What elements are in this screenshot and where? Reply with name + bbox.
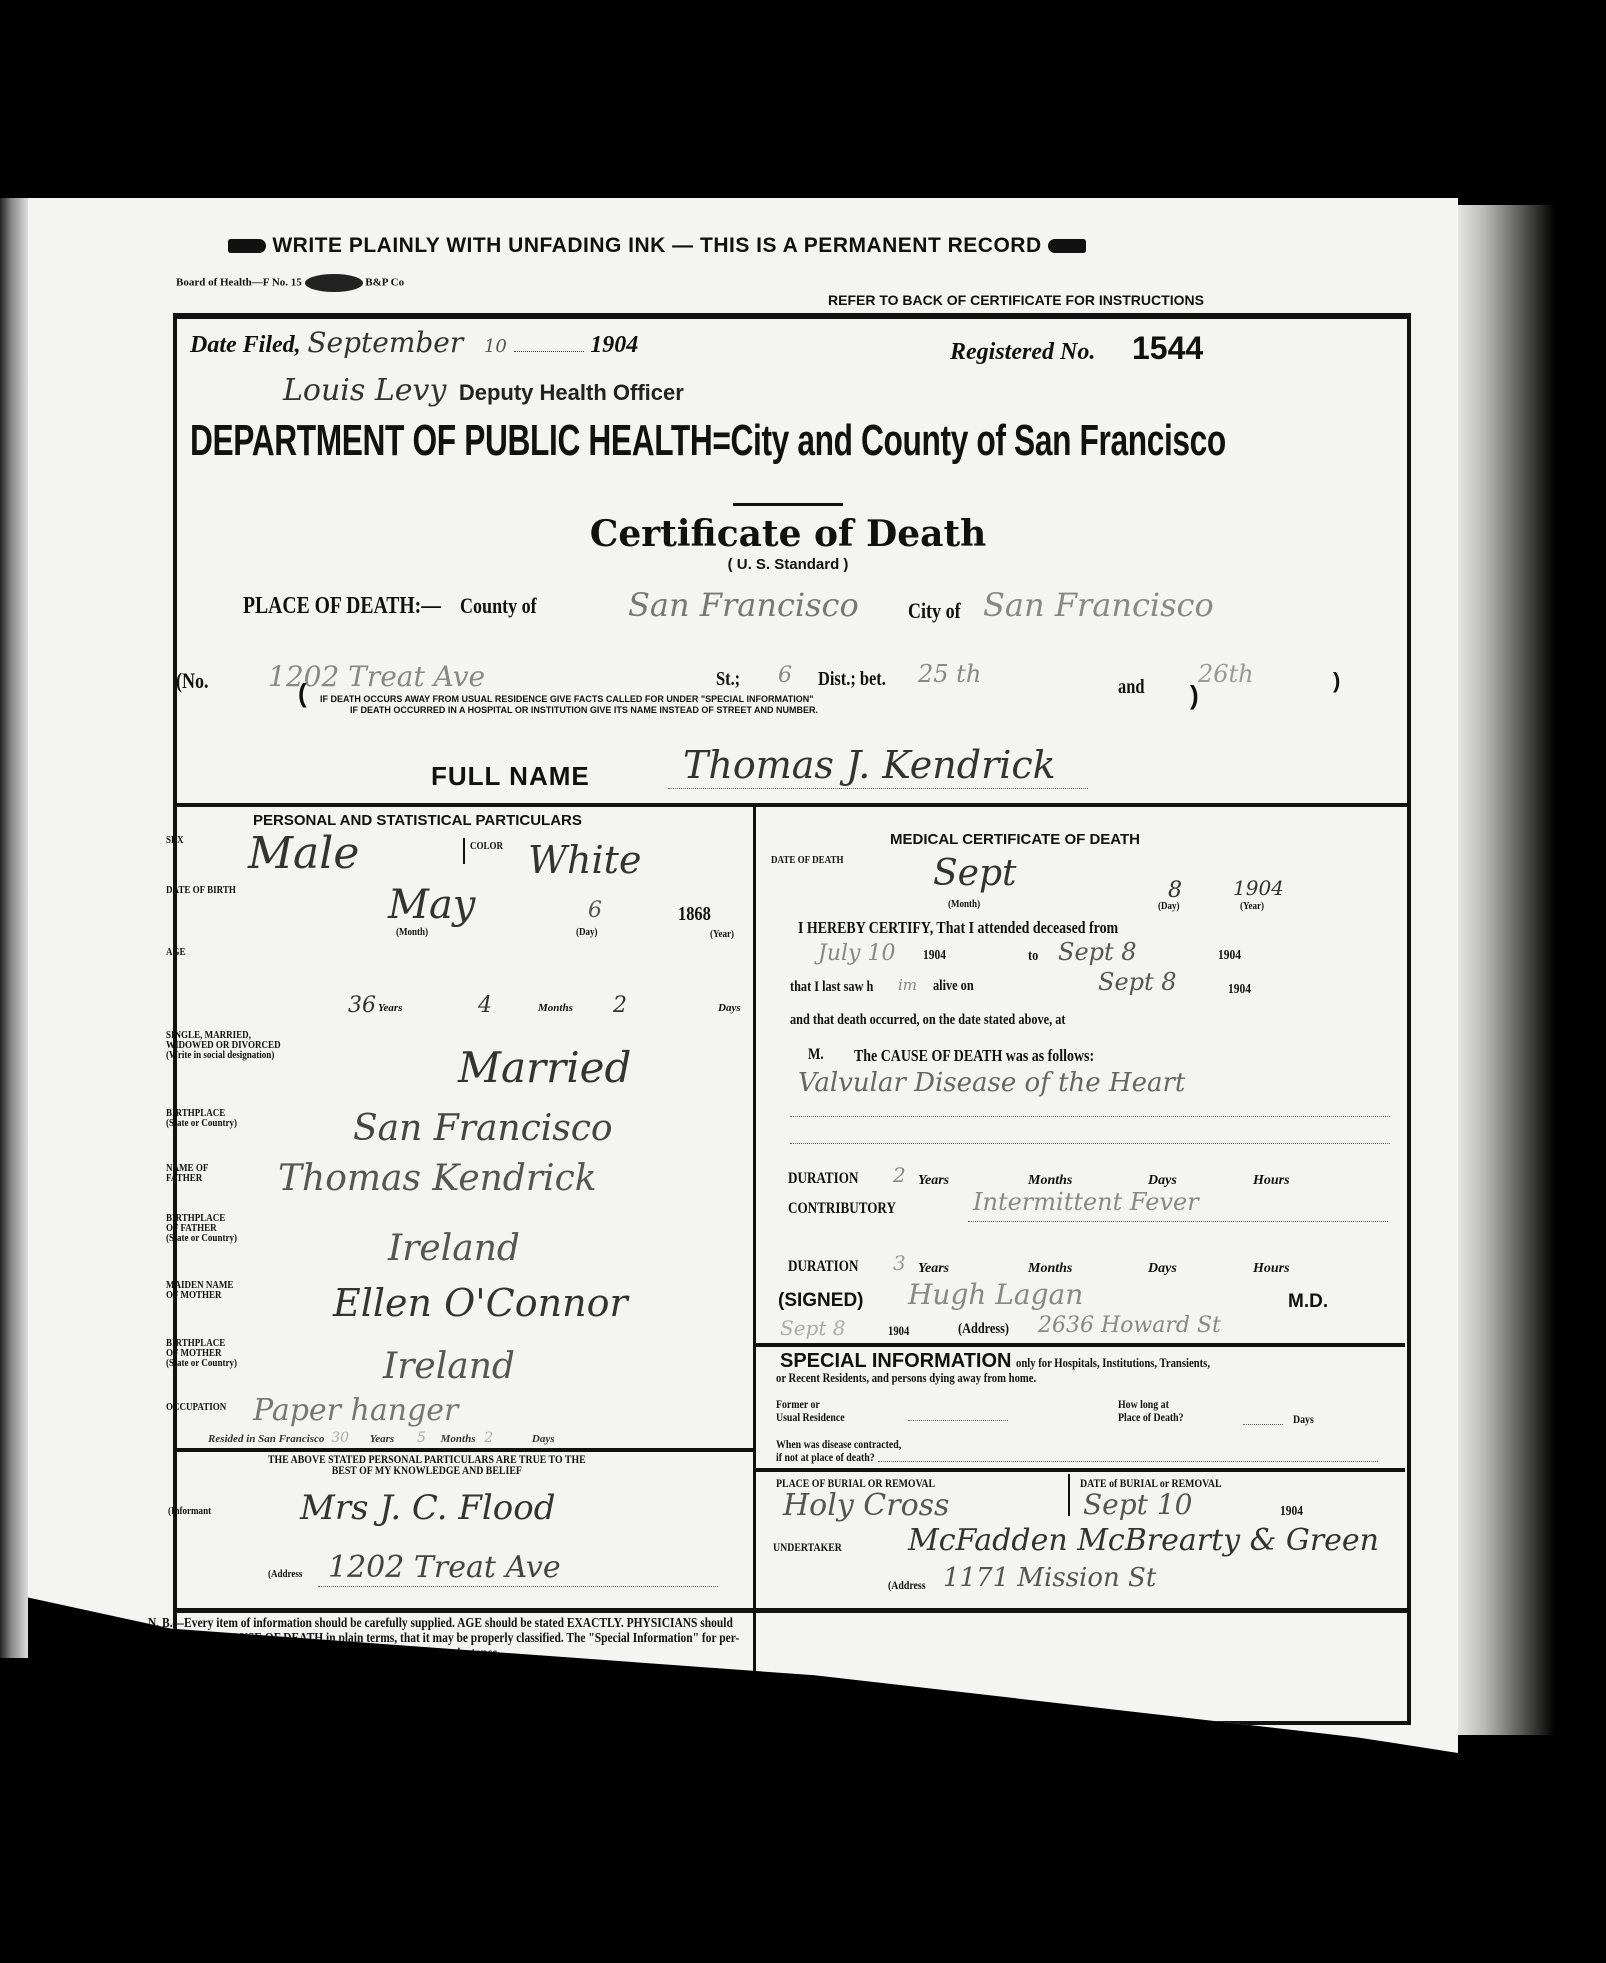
attestation: THE ABOVE STATED PERSONAL PARTICULARS AR… <box>148 1454 706 1476</box>
registered-number: 1544 <box>1132 330 1203 366</box>
section-divider <box>173 803 1407 807</box>
dob-day: 6 <box>588 898 602 923</box>
place-note: ( IF DEATH OCCURS AWAY FROM USUAL RESIDE… <box>320 694 818 716</box>
date-filed-day: 10 <box>484 336 507 357</box>
resided-row: Resided in San Francisco 30 Years 5 Mont… <box>208 1430 555 1446</box>
district-value: 6 <box>778 663 792 688</box>
dob-month: May <box>388 882 475 928</box>
informant-address: 1202 Treat Ave <box>328 1550 561 1585</box>
column-divider <box>753 807 756 1712</box>
cause-of-death: Valvular Disease of the Heart <box>798 1068 1185 1098</box>
marital-value: Married <box>458 1043 631 1092</box>
union-seal-icon <box>305 274 363 292</box>
full-name-value: Thomas J. Kendrick <box>683 743 1056 787</box>
page-stack-edge <box>1455 205 1555 1735</box>
certificate-title: Certificate of Death <box>568 513 1008 555</box>
how-long-field <box>1243 1424 1283 1425</box>
dob-year: 1868 <box>678 903 711 926</box>
undertaker-name: McFadden McBrearty & Green <box>908 1523 1379 1558</box>
medical-section-title: MEDICAL CERTIFICATE OF DEATH <box>890 831 1140 848</box>
informant-name: Mrs J. C. Flood <box>300 1488 556 1528</box>
attended-from: July 10 <box>818 941 895 966</box>
department-title: DEPARTMENT OF PUBLIC HEALTH=City and Cou… <box>190 416 1226 466</box>
certificate-subtitle: ( U. S. Standard ) <box>568 556 1008 573</box>
color-value: White <box>528 838 641 882</box>
between-street-1: 25 th <box>918 660 981 688</box>
father-name: Thomas Kendrick <box>278 1158 597 1199</box>
contracted-field <box>878 1461 1378 1462</box>
former-residence-field <box>908 1420 1008 1421</box>
last-saw-date: Sept 8 <box>1098 968 1177 996</box>
last-saw-row: that I last saw h <box>790 978 892 996</box>
place-of-death-row: PLACE OF DEATH:— County of <box>243 593 553 620</box>
officer-signature: Louis Levy <box>283 373 446 408</box>
instructions-note: REFER TO BACK OF CERTIFICATE FOR INSTRUC… <box>828 292 1204 308</box>
officer-row: Louis Levy Deputy Health Officer <box>283 373 684 408</box>
date-filed-year: 1904 <box>590 332 638 358</box>
signed-date: Sept 8 <box>780 1316 845 1340</box>
pointing-hand-icon <box>228 239 266 253</box>
undertaker-address: 1171 Mission St <box>943 1563 1156 1593</box>
pointing-hand-icon <box>1048 239 1086 253</box>
contributory-cause: Intermittent Fever <box>973 1188 1199 1216</box>
burial-date: Sept 10 <box>1083 1488 1192 1521</box>
burial-place: Holy Cross <box>783 1488 949 1523</box>
age-years: 36 <box>348 993 376 1018</box>
footer-note: N. B.—Every item of information should b… <box>148 1616 739 1661</box>
duration-years: 2 <box>893 1163 906 1187</box>
physician-signature: Hugh Lagan <box>908 1278 1083 1311</box>
registered-row: Registered No. 1544 <box>950 330 1203 367</box>
occupation-value: Paper hanger <box>253 1393 458 1428</box>
between-street-2: 26th <box>1198 660 1254 688</box>
city-value: San Francisco <box>983 586 1214 624</box>
physician-address: 2636 Howard St <box>1038 1313 1221 1338</box>
banner-text: WRITE PLAINLY WITH UNFADING INK — THIS I… <box>272 234 1041 257</box>
date-filed-month: September <box>307 326 463 359</box>
divider <box>733 503 843 506</box>
full-name-label: FULL NAME <box>431 761 590 792</box>
death-certificate-page: WRITE PLAINLY WITH UNFADING INK — THIS I… <box>28 198 1458 1753</box>
banner: WRITE PLAINLY WITH UNFADING INK — THIS I… <box>228 234 1086 258</box>
certify-text: I HEREBY CERTIFY, That I attended deceas… <box>798 918 1118 938</box>
county-value: San Francisco <box>628 586 859 624</box>
father-birthplace: Ireland <box>388 1228 520 1269</box>
duration2-years: 3 <box>893 1251 906 1275</box>
age-days: 2 <box>613 993 627 1018</box>
date-filed-row: Date Filed, September 10 1904 <box>190 326 638 359</box>
binder-spine <box>0 198 28 1658</box>
sex-value: Male <box>248 828 359 879</box>
personal-section-title: PERSONAL AND STATISTICAL PARTICULARS <box>253 812 582 829</box>
mother-name: Ellen O'Connor <box>333 1281 628 1325</box>
age-months: 4 <box>478 993 492 1018</box>
dod-month: Sept <box>933 853 1016 894</box>
birthplace-value: San Francisco <box>353 1108 613 1149</box>
marital-label: SINGLE, MARRIED, WIDOWED OR DIVORCED (Wr… <box>166 1030 281 1060</box>
duration-row: DURATION <box>788 1170 874 1188</box>
mother-birthplace: Ireland <box>383 1346 515 1387</box>
dod-year: 1904 <box>1233 876 1284 900</box>
attended-to: Sept 8 <box>1058 938 1137 966</box>
form-id: Board of Health—F No. 15 B&P Co <box>176 274 404 292</box>
